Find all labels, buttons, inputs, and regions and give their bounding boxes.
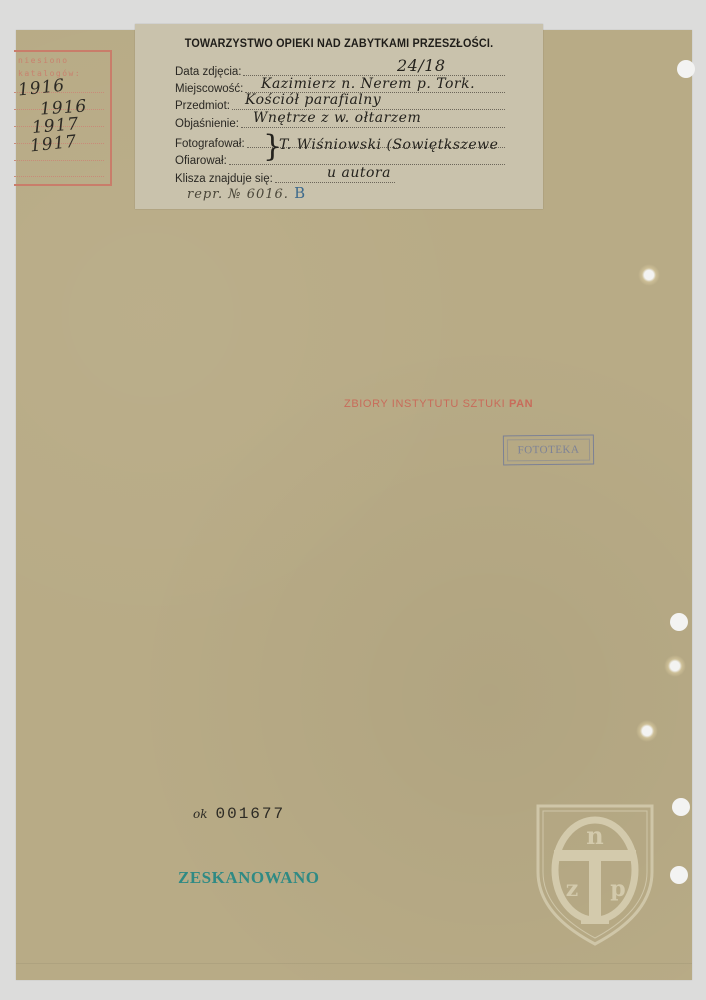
svg-text:z: z [566, 876, 579, 902]
field-value-negative-location: u autora [327, 165, 391, 181]
field-label: Fotografował: [175, 138, 245, 150]
card-title: TOWARZYSTWO OPIEKI NAD ZABYTKAMI PRZESZŁ… [155, 36, 522, 50]
catalog-stamp-box: niesiono katalogów: 1916 1916 1917 1917 [14, 50, 112, 186]
record-card: TOWARZYSTWO OPIEKI NAD ZABYTKAMI PRZESZŁ… [135, 24, 543, 209]
field-label: Miejscowość: [175, 83, 243, 95]
sheet-fold-line [16, 963, 692, 964]
svg-text:n: n [586, 821, 603, 850]
institute-stamp-suffix: PAN [509, 398, 533, 410]
field-label: Data zdjęcia: [175, 66, 241, 78]
punch-hole [670, 613, 688, 631]
fototeka-stamp-text: FOTOTEKA [518, 444, 580, 457]
catalog-line [14, 160, 104, 161]
field-label: Ofiarował: [175, 155, 227, 167]
reproduction-number: repr. № 6016. [187, 187, 289, 202]
catalog-year: 1916 [17, 76, 66, 101]
scanned-stamp: ZESKANOWANO [178, 868, 320, 888]
punch-hole [672, 798, 690, 816]
field-dotted-line [241, 126, 505, 128]
field-value-photo-date: 24/18 [397, 56, 446, 75]
paper-tear [636, 720, 658, 742]
catalog-year: 1917 [29, 132, 78, 157]
reproduction-note: repr. № 6016. B [187, 184, 306, 202]
punch-hole [677, 60, 695, 78]
punch-hole [670, 866, 688, 884]
svg-text:p: p [610, 876, 625, 902]
inventory-prefix: ok [193, 807, 208, 821]
field-value-description: Wnętrze z w. ołtarzem [253, 110, 421, 126]
field-dotted-line [275, 181, 395, 183]
paper-tear [664, 655, 686, 677]
fototeka-stamp: FOTOTEKA [503, 435, 594, 466]
bracket-mark: } [263, 132, 282, 162]
emblem-watermark-icon: n z p [534, 802, 656, 948]
inventory-number: ok001677 [193, 805, 285, 823]
institute-stamp: ZBIORY INSTYTUTU SZTUKI PAN [344, 398, 533, 410]
field-value-subject: Kościół parafialny [245, 92, 381, 108]
field-value-location: Kazimierz n. Nerem p. Tork. [261, 76, 475, 92]
field-label: Przedmiot: [175, 100, 230, 112]
institute-stamp-text: ZBIORY INSTYTUTU SZTUKI [344, 398, 505, 410]
reproduction-letter: B [294, 184, 306, 202]
inventory-number-value: 001677 [216, 805, 286, 823]
field-label: Objaśnienie: [175, 118, 239, 130]
catalog-stamp-label-1: niesiono [18, 56, 69, 65]
catalog-line [14, 176, 104, 177]
paper-tear [638, 264, 660, 286]
